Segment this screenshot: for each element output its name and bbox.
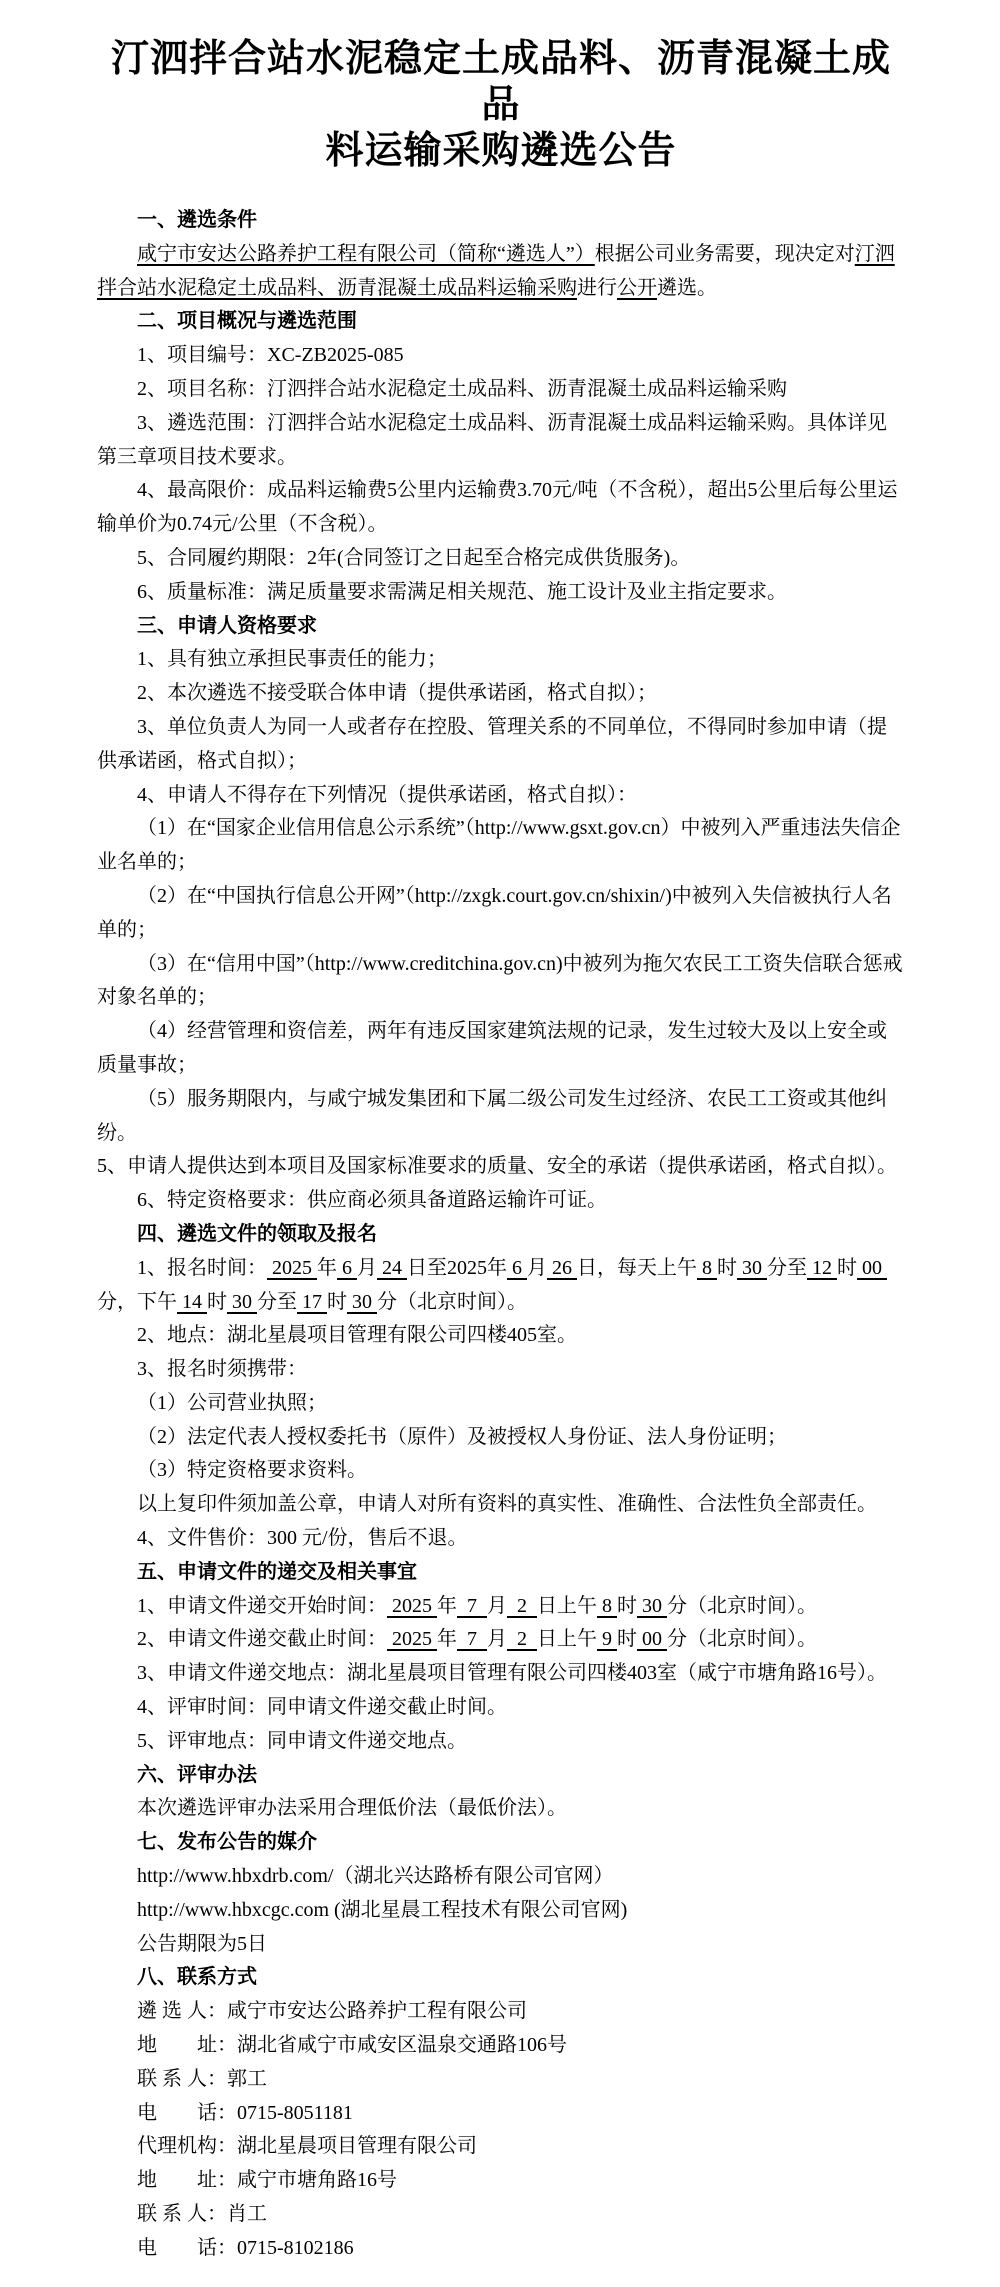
underlined-text: 17 (297, 1291, 327, 1313)
text-run: 月 (487, 1628, 507, 1650)
text-run: 6、特定资格要求：供应商必须具备道路运输许可证。 (137, 1189, 607, 1211)
text-run: 三、申请人资格要求 (137, 615, 317, 637)
item-bring-3: （3）特定资格要求资料。 (97, 1454, 905, 1488)
text-run: 月 (357, 1257, 377, 1279)
underlined-text: 6 (507, 1257, 527, 1279)
text-run: 年 (437, 1628, 457, 1650)
text-run: （1）在“国家企业信用信息公示系统”（http://www.gsxt.gov.c… (97, 817, 901, 873)
text-run: 2、本次遴选不接受联合体申请（提供承诺函，格式自拟）； (137, 682, 657, 704)
item-project-name: 2、项目名称：汀泗拌合站水泥稳定土成品料、沥青混凝土成品料运输采购 (97, 373, 905, 407)
underlined-text: 12 (807, 1257, 837, 1279)
contact-agency-address: 地 址：咸宁市塘角路16号 (97, 2164, 905, 2198)
text-run: 4、文件售价：300 元/份，售后不退。 (137, 1527, 468, 1549)
item-selection-scope: 3、遴选范围：汀泗拌合站水泥稳定土成品料、沥青混凝土成品料运输采购。具体详见第三… (97, 407, 905, 475)
text-run: 代理机构：湖北星晨项目管理有限公司 (137, 2135, 477, 2157)
item-contract-term: 5、合同履约期限：2年(合同签订之日起至合格完成供货服务)。 (97, 542, 905, 576)
text-run: 分（北京时间）。 (667, 1595, 817, 1617)
text-run: 时 (617, 1595, 637, 1617)
underlined-text: 00 (637, 1628, 667, 1650)
item-qualification-4-2: （2）在“中国执行信息公开网”（http://zxgk.court.gov.cn… (97, 880, 905, 948)
item-qualification-4: 4、申请人不得存在下列情况（提供承诺函，格式自拟）： (97, 779, 905, 813)
underlined-text: 8 (697, 1257, 717, 1279)
text-run: 1、具有独立承担民事责任的能力； (137, 648, 447, 670)
item-submission-deadline: 2、申请文件递交截止时间： 2025 年 7 月 2 日上午 9 时 00 分（… (97, 1623, 905, 1657)
document-page: 汀泗拌合站水泥稳定土成品料、沥青混凝土成品 料运输采购遴选公告 一、遴选条件咸宁… (0, 0, 1000, 2287)
text-run: 日，每天上午 (577, 1257, 697, 1279)
item-registration-bring: 3、报名时须携带： (97, 1353, 905, 1387)
text-run: 遴选。 (657, 277, 717, 299)
text-run: 日至2025年 (407, 1257, 507, 1279)
text-run: 四、遴选文件的领取及报名 (137, 1223, 377, 1245)
text-run: 时 (617, 1628, 637, 1650)
text-run: 地 址：湖北省咸宁市咸安区温泉交通路106号 (137, 2034, 567, 2056)
contact-agency-phone: 电 话：0715-8102186 (97, 2232, 905, 2266)
underlined-text: 8 (597, 1595, 617, 1617)
underlined-text: 24 (377, 1257, 407, 1279)
text-run: 时 (327, 1291, 347, 1313)
text-run: 时 (837, 1257, 857, 1279)
contact-selector-address: 地 址：湖北省咸宁市咸安区温泉交通路106号 (97, 2029, 905, 2063)
text-run: （3）特定资格要求资料。 (137, 1459, 367, 1481)
text-run: 分（北京时间）。 (377, 1291, 527, 1313)
text-run: （3）在“信用中国”（http://www.creditchina.gov.cn… (97, 953, 903, 1009)
underlined-text: 30 (227, 1291, 257, 1313)
text-run: 分（北京时间）。 (667, 1628, 817, 1650)
text-run: （1）公司营业执照； (137, 1392, 327, 1414)
underlined-text: 30 (737, 1257, 767, 1279)
heading-section-8-contact: 八、联系方式 (97, 1961, 905, 1995)
text-run: 月 (527, 1257, 547, 1279)
underlined-text: 00 (857, 1257, 887, 1279)
item-submission-start-time: 1、申请文件递交开始时间： 2025 年 7 月 2 日上午 8 时 30 分（… (97, 1590, 905, 1624)
text-run: 1、项目编号：XC-ZB2025-085 (137, 344, 404, 366)
text-run: 年 (317, 1257, 337, 1279)
underlined-text: 7 (457, 1595, 487, 1617)
item-review-place: 5、评审地点：同申请文件递交地点。 (97, 1725, 905, 1759)
underlined-text: 咸宁市安达公路养护工程有限公司（简称“遴选人”） (137, 243, 595, 265)
text-run: 二、项目概况与遴选范围 (137, 310, 357, 332)
text-run: 3、单位负责人为同一人或者存在控股、管理关系的不同单位，不得同时参加申请（提供承… (97, 716, 887, 772)
text-run: 联 系 人：郭工 (137, 2068, 267, 2090)
text-run: （2）在“中国执行信息公开网”（http://zxgk.court.gov.cn… (97, 885, 892, 941)
heading-section-4-document-collection: 四、遴选文件的领取及报名 (97, 1218, 905, 1252)
heading-section-3-applicant-qualifications: 三、申请人资格要求 (97, 610, 905, 644)
page-title: 汀泗拌合站水泥稳定土成品料、沥青混凝土成品 料运输采购遴选公告 (97, 36, 905, 174)
item-qualification-1: 1、具有独立承担民事责任的能力； (97, 643, 905, 677)
para-announcement-period: 公告期限为5日 (97, 1928, 905, 1962)
text-run: http://www.hbxcgc.com (湖北星晨工程技术有限公司官网) (137, 1899, 627, 1921)
text-run: 1、报名时间： (137, 1257, 267, 1279)
heading-section-1-selection-conditions: 一、遴选条件 (97, 204, 905, 238)
underlined-text: 2025 (387, 1628, 437, 1650)
text-run: 6、质量标准：满足质量要求需满足相关规范、施工设计及业主指定要求。 (137, 581, 787, 603)
text-run: 日上午 (537, 1628, 597, 1650)
item-project-number: 1、项目编号：XC-ZB2025-085 (97, 339, 905, 373)
text-run: 2、地点：湖北星晨项目管理有限公司四楼405室。 (137, 1324, 577, 1346)
text-run: 5、合同履约期限：2年(合同签订之日起至合格完成供货服务)。 (137, 547, 690, 569)
underlined-text: 14 (177, 1291, 207, 1313)
text-run: 本次遴选评审办法采用合理低价法（最低价法）。 (137, 1797, 567, 1819)
contact-selector-person: 联 系 人：郭工 (97, 2063, 905, 2097)
item-qualification-4-3: （3）在“信用中国”（http://www.creditchina.gov.cn… (97, 948, 905, 1016)
text-run: 七、发布公告的媒介 (137, 1831, 317, 1853)
text-run: 2、申请文件递交截止时间： (137, 1628, 387, 1650)
text-run: 4、申请人不得存在下列情况（提供承诺函，格式自拟）： (137, 784, 637, 806)
underlined-text: 2 (507, 1595, 537, 1617)
item-registration-place: 2、地点：湖北星晨项目管理有限公司四楼405室。 (97, 1319, 905, 1353)
para-selection-intro: 咸宁市安达公路养护工程有限公司（简称“遴选人”）根据公司业务需要，现决定对汀泗拌… (97, 238, 905, 306)
text-run: 1、申请文件递交开始时间： (137, 1595, 387, 1617)
text-run: 根据公司业务需要，现决定对 (595, 243, 855, 265)
text-run: 5、评审地点：同申请文件递交地点。 (137, 1730, 467, 1752)
text-run: 3、申请文件递交地点：湖北星晨项目管理有限公司四楼403室（咸宁市塘角路16号）… (137, 1662, 887, 1684)
heading-section-5-submission: 五、申请文件的递交及相关事宜 (97, 1556, 905, 1590)
contact-selector: 遴 选 人：咸宁市安达公路养护工程有限公司 (97, 1995, 905, 2029)
underlined-text: 2025 (387, 1595, 437, 1617)
text-run: 进行 (577, 277, 617, 299)
document-body: 一、遴选条件咸宁市安达公路养护工程有限公司（简称“遴选人”）根据公司业务需要，现… (97, 204, 905, 2266)
heading-section-2-project-overview: 二、项目概况与遴选范围 (97, 305, 905, 339)
text-run: 遴 选 人：咸宁市安达公路养护工程有限公司 (137, 2000, 527, 2022)
text-run: （4）经营管理和资信差，两年有违反国家建筑法规的记录，发生过较大及以上安全或质量… (97, 1020, 887, 1076)
page-title-line-1: 汀泗拌合站水泥稳定土成品料、沥青混凝土成品 (97, 36, 905, 128)
text-run: 五、申请文件的递交及相关事宜 (137, 1561, 417, 1583)
text-run: 地 址：咸宁市塘角路16号 (137, 2169, 397, 2191)
item-registration-time: 1、报名时间： 2025 年 6 月 24 日至2025年 6 月 26 日，每… (97, 1252, 905, 1320)
item-bring-1: （1）公司营业执照； (97, 1387, 905, 1421)
text-run: 时 (207, 1291, 227, 1313)
item-review-time: 4、评审时间：同申请文件递交截止时间。 (97, 1691, 905, 1725)
item-qualification-5: 5、申请人提供达到本项目及国家标准要求的质量、安全的承诺（提供承诺函，格式自拟）… (97, 1150, 905, 1184)
text-run: 电 话：0715-8102186 (137, 2237, 354, 2259)
contact-agency-person: 联 系 人：肖工 (97, 2198, 905, 2232)
text-run: 公告期限为5日 (137, 1933, 267, 1955)
text-run: 分，下午 (97, 1291, 177, 1313)
item-qualification-4-1: （1）在“国家企业信用信息公示系统”（http://www.gsxt.gov.c… (97, 812, 905, 880)
item-qualification-4-5: （5）服务期限内，与咸宁城发集团和下属二级公司发生过经济、农民工工资或其他纠纷。 (97, 1083, 905, 1151)
heading-section-7-announcement-media: 七、发布公告的媒介 (97, 1826, 905, 1860)
text-run: 日上午 (537, 1595, 597, 1617)
underlined-text: 30 (637, 1595, 667, 1617)
text-run: （2）法定代表人授权委托书（原件）及被授权人身份证、法人身份证明； (137, 1426, 787, 1448)
contact-selector-phone: 电 话：0715-8051181 (97, 2097, 905, 2131)
text-run: 八、联系方式 (137, 1966, 257, 1988)
item-bring-2: （2）法定代表人授权委托书（原件）及被授权人身份证、法人身份证明； (97, 1421, 905, 1455)
text-run: 一、遴选条件 (137, 209, 257, 231)
text-run: 年 (437, 1595, 457, 1617)
underlined-text: 30 (347, 1291, 377, 1313)
contact-agency: 代理机构：湖北星晨项目管理有限公司 (97, 2130, 905, 2164)
text-run: 六、评审办法 (137, 1764, 257, 1786)
text-run: （5）服务期限内，与咸宁城发集团和下属二级公司发生过经济、农民工工资或其他纠纷。 (97, 1088, 887, 1144)
underlined-text: 9 (597, 1628, 617, 1650)
underlined-text: 2025 (267, 1257, 317, 1279)
text-run: 3、遴选范围：汀泗拌合站水泥稳定土成品料、沥青混凝土成品料运输采购。具体详见第三… (97, 412, 887, 468)
item-qualification-6: 6、特定资格要求：供应商必须具备道路运输许可证。 (97, 1184, 905, 1218)
item-quality-standard: 6、质量标准：满足质量要求需满足相关规范、施工设计及业主指定要求。 (97, 576, 905, 610)
underlined-text: 6 (337, 1257, 357, 1279)
text-run: http://www.hbxdrb.com/（湖北兴达路桥有限公司官网） (137, 1865, 613, 1887)
para-review-method: 本次遴选评审办法采用合理低价法（最低价法）。 (97, 1792, 905, 1826)
text-run: 分至 (767, 1257, 807, 1279)
text-run: 3、报名时须携带： (137, 1358, 307, 1380)
item-qualification-4-4: （4）经营管理和资信差，两年有违反国家建筑法规的记录，发生过较大及以上安全或质量… (97, 1015, 905, 1083)
text-run: 分至 (257, 1291, 297, 1313)
underlined-text: 2 (507, 1628, 537, 1650)
text-run: 时 (717, 1257, 737, 1279)
underlined-text: 26 (547, 1257, 577, 1279)
text-run: 联 系 人：肖工 (137, 2203, 267, 2225)
para-media-url-1: http://www.hbxdrb.com/（湖北兴达路桥有限公司官网） (97, 1860, 905, 1894)
item-max-price: 4、最高限价：成品料运输费5公里内运输费3.70元/吨（不含税），超出5公里后每… (97, 474, 905, 542)
text-run: 5、申请人提供达到本项目及国家标准要求的质量、安全的承诺（提供承诺函，格式自拟）… (97, 1155, 897, 1177)
item-submission-place: 3、申请文件递交地点：湖北星晨项目管理有限公司四楼403室（咸宁市塘角路16号）… (97, 1657, 905, 1691)
page-title-line-2: 料运输采购遴选公告 (97, 128, 905, 174)
text-run: 以上复印件须加盖公章，申请人对所有资料的真实性、准确性、合法性负全部责任。 (137, 1493, 877, 1515)
underlined-text: 7 (457, 1628, 487, 1650)
item-qualification-3: 3、单位负责人为同一人或者存在控股、管理关系的不同单位，不得同时参加申请（提供承… (97, 711, 905, 779)
text-run: 2、项目名称：汀泗拌合站水泥稳定土成品料、沥青混凝土成品料运输采购 (137, 378, 787, 400)
item-qualification-2: 2、本次遴选不接受联合体申请（提供承诺函，格式自拟）； (97, 677, 905, 711)
para-copies-seal-note: 以上复印件须加盖公章，申请人对所有资料的真实性、准确性、合法性负全部责任。 (97, 1488, 905, 1522)
text-run: 电 话：0715-8051181 (137, 2102, 353, 2124)
para-media-url-2: http://www.hbxcgc.com (湖北星晨工程技术有限公司官网) (97, 1894, 905, 1928)
item-document-price: 4、文件售价：300 元/份，售后不退。 (97, 1522, 905, 1556)
text-run: 4、最高限价：成品料运输费5公里内运输费3.70元/吨（不含税），超出5公里后每… (97, 479, 898, 535)
underlined-text: 公开 (617, 277, 657, 299)
text-run: 月 (487, 1595, 507, 1617)
heading-section-6-review-method: 六、评审办法 (97, 1759, 905, 1793)
text-run: 4、评审时间：同申请文件递交截止时间。 (137, 1696, 507, 1718)
